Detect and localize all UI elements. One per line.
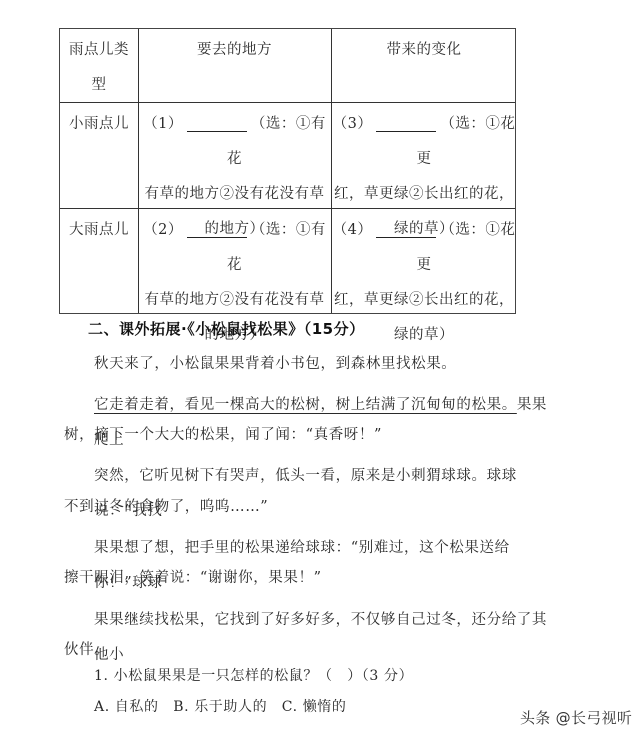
- row-type-small: 小雨点儿: [60, 107, 138, 142]
- blank-number: （1）: [143, 116, 183, 132]
- section-title: 二、课外拓展·《小松鼠找松果》（15分）: [88, 318, 365, 339]
- answer-blank-3[interactable]: [376, 117, 436, 132]
- blank-number: （4）: [333, 222, 373, 238]
- header-type: 雨点儿类 型: [60, 33, 138, 103]
- choice-text: 红，草更绿②长出红的花，: [331, 283, 517, 318]
- watermark: 头条 @长弓视听: [520, 707, 632, 728]
- header-place: 要去的地方: [138, 33, 331, 68]
- story-paragraph-4-cont: 擦干眼泪，笑着说：“谢谢你，果果！”: [64, 561, 524, 596]
- blank-number: （2）: [143, 222, 183, 238]
- choice-text: 红，草更绿②长出红的花，: [331, 177, 517, 212]
- row-type-big: 大雨点儿: [60, 213, 138, 248]
- answer-blank-2[interactable]: [187, 223, 247, 238]
- underlined-sentence: 它走着走着，看见一棵高大的松树，树上结满了沉甸甸的松果。: [94, 397, 517, 413]
- answer-blank-1[interactable]: [187, 117, 247, 132]
- choice-text: 有草的地方②没有花没有草: [138, 177, 331, 212]
- blank-number: （3）: [333, 116, 373, 132]
- header-type-line1: 雨点儿类: [60, 33, 138, 68]
- rain-table: 雨点儿类 型 要去的地方 带来的变化 小雨点儿 （1）（选：①有花 有草的地方②…: [59, 28, 516, 314]
- story-paragraph-3-cont: 不到过冬的食物了，呜呜……”: [64, 490, 524, 525]
- choice-text: 有草的地方②没有花没有草: [138, 283, 331, 318]
- question-1: 1. 小松鼠果果是一只怎样的松鼠？（ ）（3 分）: [94, 659, 554, 694]
- answer-blank-4[interactable]: [376, 223, 436, 238]
- question-1-options: A. 自私的 B. 乐于助人的 C. 懒惰的: [94, 690, 554, 725]
- header-type-line2: 型: [60, 68, 138, 103]
- story-paragraph-1: 秋天来了，小松鼠果果背着小书包，到森林里找松果。: [94, 347, 554, 382]
- story-paragraph-2-cont: 树，摘下一个大大的松果，闻了闻：“真香呀！”: [64, 418, 524, 453]
- header-change: 带来的变化: [331, 33, 517, 68]
